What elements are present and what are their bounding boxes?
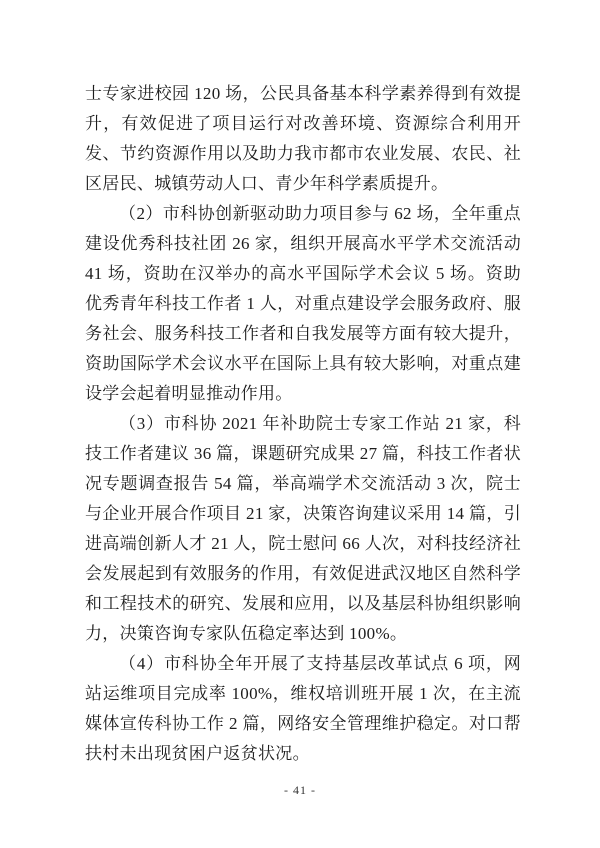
document-page: 士专家进校园 120 场，公民具备基本科学素养得到有效提升，有效促进了项目运行对… bbox=[0, 0, 600, 848]
document-body: 士专家进校园 120 场，公民具备基本科学素养得到有效提升，有效促进了项目运行对… bbox=[85, 79, 521, 769]
page-number: - 41 - bbox=[0, 783, 600, 798]
paragraph-item-3: （3）市科协 2021 年补助院士专家工作站 21 家，科技工作者建议 36 篇… bbox=[85, 409, 521, 649]
paragraph-item-2: （2）市科协创新驱动助力项目参与 62 场，全年重点建设优秀科技社团 26 家，… bbox=[85, 199, 521, 409]
paragraph-continuation: 士专家进校园 120 场，公民具备基本科学素养得到有效提升，有效促进了项目运行对… bbox=[85, 79, 521, 199]
paragraph-item-4: （4）市科协全年开展了支持基层改革试点 6 项，网站运维项目完成率 100%，维… bbox=[85, 649, 521, 769]
